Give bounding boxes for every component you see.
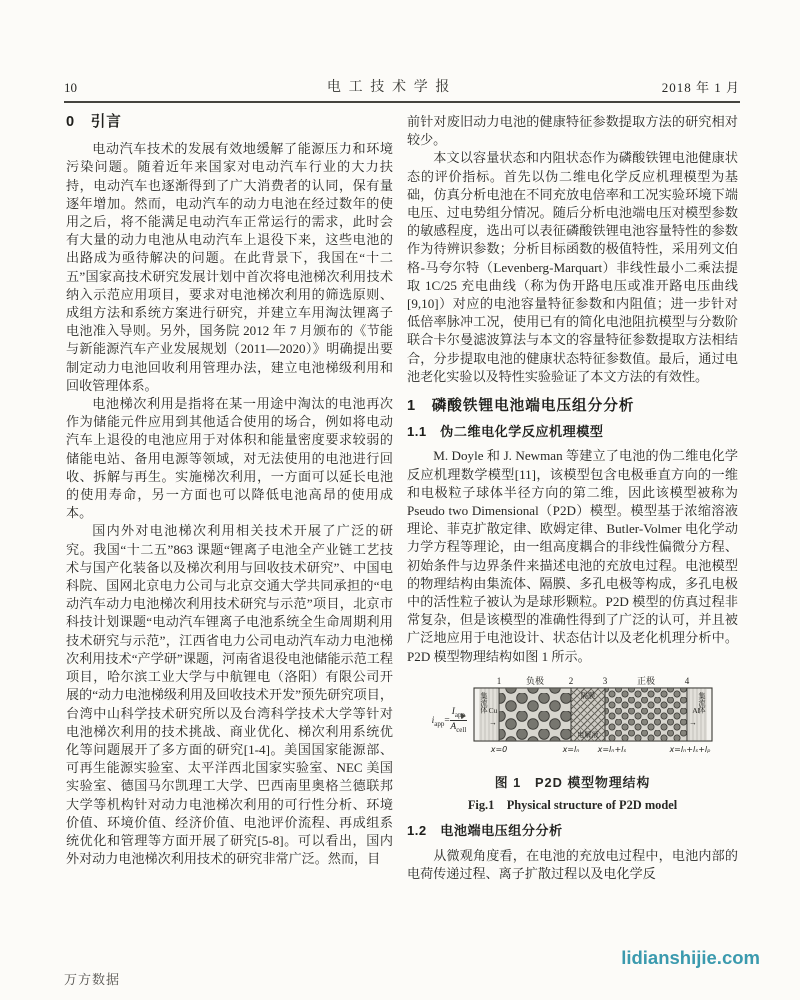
boundary-1-label: 1 xyxy=(497,676,502,686)
axis-xln-label: x=lₙ xyxy=(562,745,580,754)
p2d-cell-diagram: 1 负极 2 3 正极 4 集 xyxy=(472,675,734,767)
right-collector-label: 集流体 xyxy=(698,691,706,714)
section-1-heading: 1 磷酸铁锂电池端电压组分分析 xyxy=(407,397,738,415)
page-number: 10 xyxy=(64,80,154,96)
positive-electrode-label: 正极 xyxy=(637,675,655,686)
right-column: 前针对废旧动力电池的健康特征参数提取方法的研究相对较少。 本文以容量状态和内阻状… xyxy=(407,113,738,883)
boundary-2-label: 2 xyxy=(569,676,574,686)
paragraph: 电动汽车技术的发展有效地缓解了能源压力和环境污染问题。随着近年来国家对电动汽车行… xyxy=(66,140,393,395)
wanfang-data-watermark: 万方数据 xyxy=(64,969,120,988)
left-column: 0 引言 电动汽车技术的发展有效地缓解了能源压力和环境污染问题。随着近年来国家对… xyxy=(66,113,393,868)
lidianshijie-watermark: lidianshijie.com xyxy=(621,947,760,969)
negative-electrode-region xyxy=(499,688,571,740)
issue-date: 2018 年 1 月 xyxy=(630,77,740,96)
copper-label: Cu xyxy=(489,706,498,715)
current-arrow-icon: → xyxy=(689,718,697,727)
applied-current-formula: iapp=IappAcell xyxy=(407,707,472,736)
figure-1-caption-en: Fig.1 Physical structure of P2D model xyxy=(407,796,738,814)
negative-electrode-label: 负极 xyxy=(526,675,544,686)
boundary-4-label: 4 xyxy=(685,676,690,686)
electrolyte-label: 电解液 xyxy=(577,730,599,739)
separator-label: 隔膜 xyxy=(581,691,595,700)
paragraph: 国内外对电池梯次利用相关技术开展了广泛的研究。我国“十二五”863 课题“锂离子… xyxy=(66,522,393,868)
section-1-2-heading: 1.2 电池端电压组分分析 xyxy=(407,822,738,840)
figure-1-caption-cn: 图 1 P2D 模型物理结构 xyxy=(407,774,738,792)
paragraph-continuation: 前针对废旧动力电池的健康特征参数提取方法的研究相对较少。 xyxy=(407,113,738,149)
positive-electrode-region xyxy=(605,688,687,740)
figure-1: iapp=IappAcell xyxy=(407,675,738,814)
figure-1-diagram: iapp=IappAcell xyxy=(407,675,738,767)
journal-title: 电工技术学报 xyxy=(154,76,630,96)
section-0-heading: 0 引言 xyxy=(66,113,393,131)
left-collector-label: 集流体 xyxy=(480,691,488,714)
axis-xlnlslp-label: x=lₙ+lₛ+lₚ xyxy=(668,745,711,754)
current-arrow-icon: → xyxy=(489,718,497,727)
journal-page: 10 电工技术学报 2018 年 1 月 0 引言 电动汽车技术的发展有效地缓解… xyxy=(0,0,800,1000)
paragraph: 从微观角度看，在电池的充放电过程中，电池内部的电荷传递过程、离子扩散过程以及电化… xyxy=(407,847,738,883)
section-1-1-heading: 1.1 伪二维电化学反应机理模型 xyxy=(407,423,738,441)
page-header: 10 电工技术学报 2018 年 1 月 xyxy=(64,76,740,103)
paragraph: M. Doyle 和 J. Newman 等建立了电池的伪二维电化学反应机理数学… xyxy=(407,447,738,665)
axis-xlnls-label: x=lₙ+lₛ xyxy=(597,745,627,754)
axis-x0-label: x=0 xyxy=(490,745,508,754)
paragraph: 本文以容量状态和内阻状态作为磷酸铁锂电池健康状态的评价指标。首先以伪二维电化学反… xyxy=(407,149,738,386)
paragraph: 电池梯次利用是指将在某一用途中淘汰的电池再次作为储能元件应用到其他适合使用的场合… xyxy=(66,395,393,522)
boundary-3-label: 3 xyxy=(603,676,608,686)
